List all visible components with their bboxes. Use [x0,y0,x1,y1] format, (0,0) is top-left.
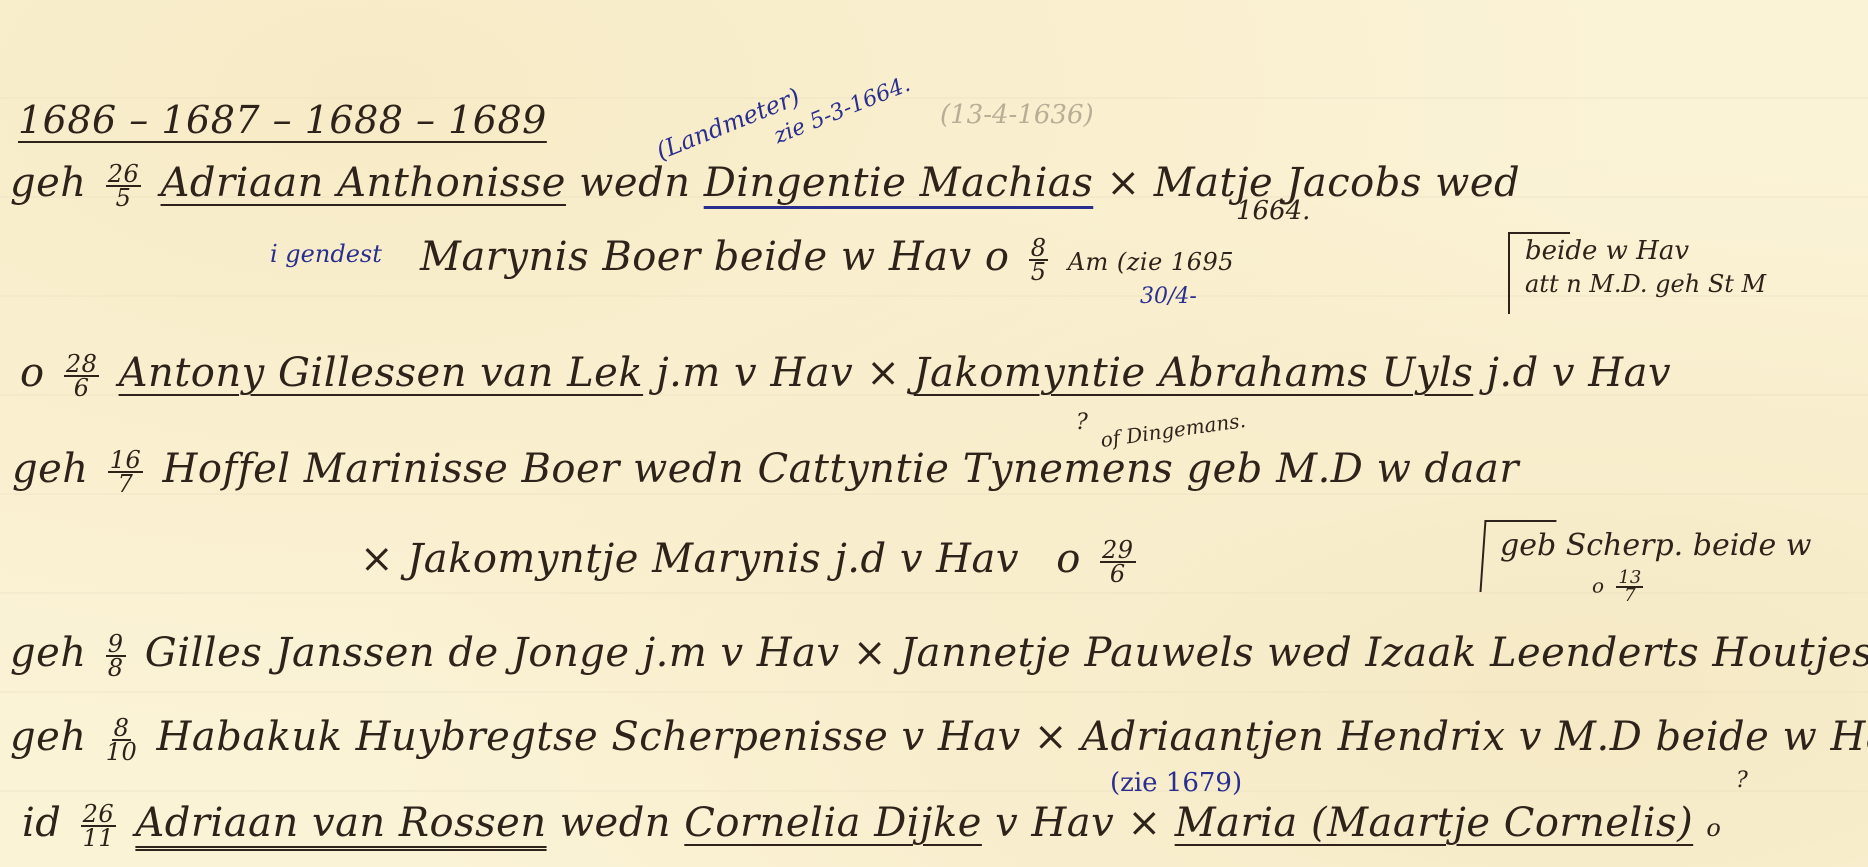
side-note-line-2: att n M.D. geh St M [1525,270,1766,298]
entry-date: 810 [106,717,138,763]
side-note-line-1: beide w Hav [1525,236,1689,266]
previous-spouse: Cornelia Dijke [684,800,982,846]
groom-name: Antony Gillessen van Lek [119,350,643,396]
side-note-5: geb Scherp. beide w [1500,528,1811,563]
entry-7: geh 810 Habakuk Huybregtse Scherpenisse … [10,714,1868,763]
entry-3: o 286 Antony Gillessen van Lek j.m v Hav… [20,350,1671,399]
bride-name: Jakomyntie Abrahams Uyls [914,350,1474,396]
groom-name: Adriaan van Rossen [135,800,546,846]
bride-name: Maria (Maartje Cornelis) [1175,800,1693,846]
annotation-date-30-4: 30/4- [1140,284,1197,309]
entry-4: geh 167 Hoffel Marinisse Boer wedn Catty… [12,446,1519,495]
groom-name: Adriaan Anthonisse [161,160,566,206]
annotation-question-2: ? [1736,768,1748,793]
entry-date: 2611 [81,803,117,849]
annotation-gendest: i gendest [270,240,382,268]
page-heading-years: 1686 – 1687 – 1688 – 1689 [18,98,547,142]
entry-8: id 2611 Adriaan van Rossen wedn Cornelia… [22,800,1721,849]
annotation-pencil-date: (13-4-1636) [940,100,1094,130]
entry-prefix: geh [10,160,87,206]
entry-date: 265 [106,163,142,209]
entry-5: × Jakomyntje Marynis j.d v Hav o 296 [360,536,1142,585]
annotation-question: ? [1076,410,1088,435]
entry-2: Marynis Boer beide w Hav o 85 Am (zie 16… [420,234,1234,283]
entry-date: 286 [64,353,100,399]
entry-6: geh 98 Gilles Janssen de Jonge j.m v Hav… [10,630,1868,679]
side-note-5-date: o 137 [1592,570,1649,604]
entry-date: 98 [106,633,126,679]
previous-spouse: Dingentie Machias [704,160,1094,206]
annotation-zie-1679: (zie 1679) [1110,768,1242,798]
entry-date: 85 [1029,237,1049,283]
annotation-year-1664: 1664. [1236,196,1310,226]
entry-date: 167 [108,449,144,495]
entry-date: 296 [1100,539,1136,585]
document-page: 1686 – 1687 – 1688 – 1689 (Landmeter) zi… [0,0,1868,867]
